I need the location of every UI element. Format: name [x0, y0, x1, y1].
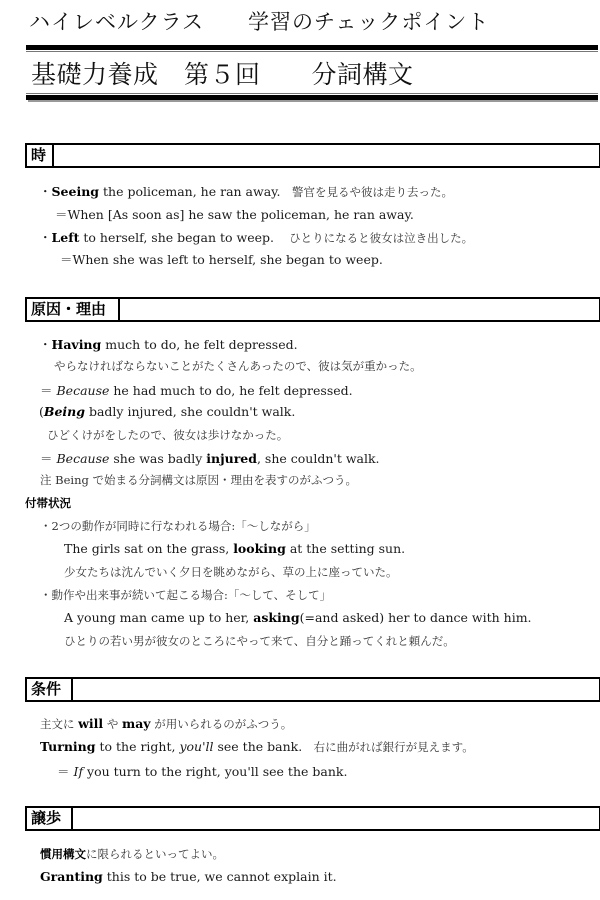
- course-header: ハイレベルクラス 学習のチェックポイント: [29, 6, 489, 36]
- participle-bold: Granting: [40, 869, 103, 884]
- section-header-fill: [73, 679, 599, 700]
- section-label-attendant: 付帯状況: [25, 495, 71, 511]
- bullet: ・: [39, 184, 52, 199]
- header-rule-top: [26, 45, 598, 50]
- example-text: to the right,: [96, 739, 180, 754]
- time-example-2: ・Left to herself, she began to weep. ひとり…: [39, 228, 473, 246]
- example-text: (=and asked) her to dance with him.: [300, 610, 532, 625]
- attendant-case-1: ・2つの動作が同時に行なわれる場合:「～しながら」: [40, 518, 316, 534]
- equals-sign: ＝: [40, 383, 53, 398]
- participle-bold: looking: [233, 541, 286, 556]
- attendant-example-2: A young man came up to her, asking(=and …: [64, 610, 532, 625]
- example-text: see the bank.: [214, 739, 303, 754]
- keyword-will: will: [78, 716, 103, 731]
- japanese-translation: ひとりになると彼女は泣き出した。: [274, 231, 473, 245]
- japanese-translation: 警官を見るや彼は走り去った。: [281, 185, 454, 199]
- participle-bold: Having: [52, 337, 102, 352]
- example-text: The girls sat on the grass,: [64, 541, 233, 556]
- attendant-translation-1: 少女たちは沈んでいく夕日を眺めながら、草の上に座っていた。: [64, 564, 398, 580]
- example-text: this to be true, we cannot explain it.: [103, 869, 337, 884]
- participle-bold-italic: Being: [44, 404, 85, 419]
- paraphrase-text: she was badly: [109, 451, 206, 466]
- section-header-fill: [73, 808, 599, 829]
- note-text: に限られるといってよい。: [86, 847, 224, 861]
- example-text: the policeman, he ran away.: [99, 184, 281, 199]
- section-label-reason: 原因・理由: [27, 299, 120, 320]
- reason-example-1: ・Having much to do, he felt depressed.: [39, 335, 298, 353]
- section-header-condition: 条件: [25, 677, 600, 702]
- condition-paraphrase: ＝ If you turn to the right, you'll see t…: [57, 762, 347, 780]
- participle-bold: Left: [52, 230, 80, 245]
- page-title: 基礎力養成 第５回 分詞構文: [31, 55, 414, 91]
- section-label-concession: 譲歩: [27, 808, 73, 829]
- condition-example: Turning to the right, you'll see the ban…: [40, 739, 474, 755]
- participle-bold: injured: [206, 451, 257, 466]
- paraphrase-text: When [As soon as] he saw the policeman, …: [68, 207, 414, 222]
- concession-note: 慣用構文に限られるといってよい。: [40, 846, 224, 862]
- keyword-may: may: [122, 716, 151, 731]
- conjunction-italic: If: [74, 764, 84, 779]
- paraphrase-text: When she was left to herself, she began …: [73, 252, 383, 267]
- equals-sign: ＝: [55, 207, 68, 222]
- conjunction-italic: Because: [57, 383, 110, 398]
- reason-note: 注 Being で始まる分詞構文は原因・理由を表すのがふつう。: [40, 472, 357, 488]
- paraphrase-text: you turn to the right, you'll see the ba…: [83, 764, 347, 779]
- section-header-fill: [54, 145, 599, 166]
- idiom-bold: 慣用構文: [40, 847, 86, 861]
- participle-bold: asking: [253, 610, 299, 625]
- reason-paraphrase-2: ＝ Because she was badly injured, she cou…: [40, 449, 380, 467]
- note-text: 主文に: [40, 717, 78, 731]
- section-label-time: 時: [27, 145, 54, 166]
- time-paraphrase-2: ＝When she was left to herself, she began…: [60, 250, 383, 268]
- example-text: badly injured, she couldn't walk.: [85, 404, 295, 419]
- japanese-translation: 右に曲がれば銀行が見えます。: [302, 740, 474, 754]
- section-header-reason: 原因・理由: [25, 297, 600, 322]
- equals-sign: ＝: [40, 451, 53, 466]
- equals-sign: ＝: [57, 764, 70, 779]
- attendant-example-1: The girls sat on the grass, looking at t…: [64, 541, 405, 556]
- equals-sign: ＝: [60, 252, 73, 267]
- condition-note: 主文に will や may が用いられるのがふつう。: [40, 716, 292, 732]
- example-text: A young man came up to her,: [64, 610, 253, 625]
- reason-example-2: (Being badly injured, she couldn't walk.: [39, 404, 295, 419]
- note-text: や: [103, 717, 122, 731]
- bullet: ・: [39, 230, 52, 245]
- reason-translation-1: やらなければならないことがたくさんあったので、彼は気が重かった。: [54, 358, 422, 374]
- reason-paraphrase-1: ＝ Because he had much to do, he felt dep…: [40, 381, 353, 399]
- example-text: much to do, he felt depressed.: [101, 337, 297, 352]
- note-text: が用いられるのがふつう。: [151, 717, 293, 731]
- section-header-concession: 譲歩: [25, 806, 600, 831]
- participle-bold: Turning: [40, 739, 96, 754]
- example-text: at the setting sun.: [286, 541, 405, 556]
- time-example-1: ・Seeing the policeman, he ran away. 警官を見…: [39, 182, 453, 200]
- section-label-condition: 条件: [27, 679, 73, 700]
- time-paraphrase-1: ＝When [As soon as] he saw the policeman,…: [55, 205, 414, 223]
- participle-bold: Seeing: [52, 184, 100, 199]
- example-text: to herself, she began to weep.: [79, 230, 274, 245]
- modal-italic: you'll: [179, 739, 213, 754]
- conjunction-italic: Because: [57, 451, 110, 466]
- title-rule-shadow: [28, 100, 598, 102]
- reason-translation-2: ひどくけがをしたので、彼女は歩けなかった。: [47, 427, 288, 443]
- paraphrase-text: , she couldn't walk.: [257, 451, 380, 466]
- section-header-fill: [120, 299, 599, 320]
- title-rule-thin: [26, 93, 598, 94]
- attendant-translation-2: ひとりの若い男が彼女のところにやって来て、自分と踊ってくれと頼んだ。: [64, 633, 455, 649]
- paraphrase-text: he had much to do, he felt depressed.: [109, 383, 352, 398]
- attendant-case-2: ・動作や出来事が続いて起こる場合:「～して、そして」: [40, 587, 331, 603]
- section-header-time: 時: [25, 143, 600, 168]
- header-rule-top-thin: [26, 51, 598, 52]
- concession-example: Granting this to be true, we cannot expl…: [40, 869, 337, 884]
- bullet: ・: [39, 337, 52, 352]
